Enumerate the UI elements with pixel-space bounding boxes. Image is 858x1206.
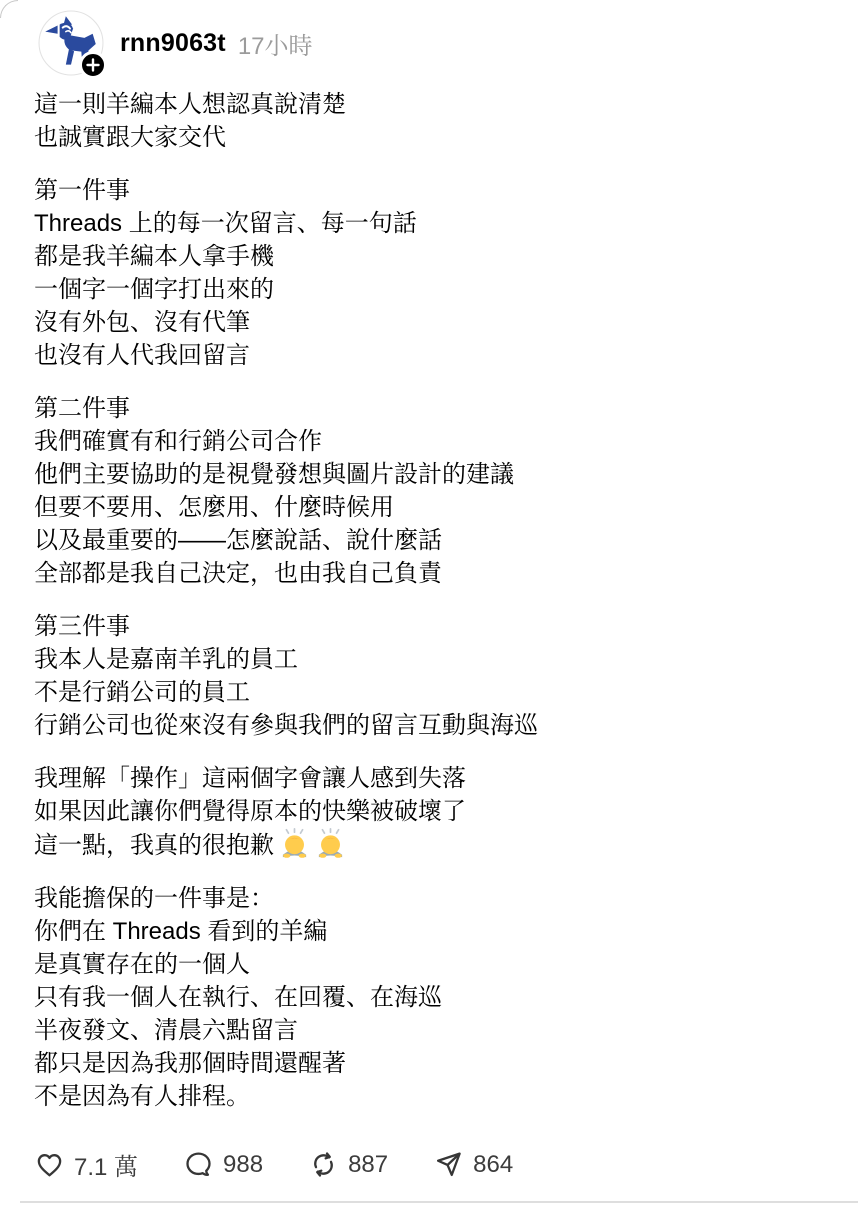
like-count: 7.1 萬 [74,1147,138,1182]
share-count: 864 [473,1151,513,1179]
paragraph-first-matter: 第一件事 Threads 上的每一次留言、每一句話 都是我羊編本人拿手機 一個字… [34,174,828,372]
comment-button[interactable]: 988 [184,1150,263,1179]
timestamp: 17小時 [238,26,313,61]
comment-icon [184,1150,213,1179]
apology-text: 我理解「操作」這兩個字會讓人感到失落 如果因此讓你們覺得原本的快樂被破壞了 這一… [34,765,466,859]
post-header: rnn9063t 17小時 [38,10,313,76]
action-bar: 7.1 萬 988 887 [35,1147,513,1182]
username[interactable]: rnn9063t [120,29,226,58]
threads-post-card: rnn9063t 17小時 這一則羊編本人想認真說清楚 也誠實跟大家交代 第一件… [0,0,858,1206]
paragraph-intro: 這一則羊編本人想認真說清楚 也誠實跟大家交代 [34,88,828,154]
person-bowing-emoji [279,828,310,859]
paragraph-apology: 我理解「操作」這兩個字會讓人感到失落 如果因此讓你們覺得原本的快樂被破壞了 這一… [34,762,828,862]
repost-icon [309,1150,338,1179]
repost-count: 887 [348,1151,388,1179]
paragraph-second-matter: 第二件事 我們確實有和行銷公司合作 他們主要協助的是視覺發想與圖片設計的建議 但… [34,392,828,590]
follow-plus-badge[interactable] [79,51,107,79]
bottom-divider [20,1201,858,1203]
plus-icon [86,58,100,72]
person-bowing-emoji [315,828,346,859]
avatar[interactable] [38,10,104,76]
post-body: 這一則羊編本人想認真說清楚 也誠實跟大家交代 第一件事 Threads 上的每一… [34,88,828,1113]
like-button[interactable]: 7.1 萬 [35,1147,138,1182]
card-rounded-corner [0,0,18,18]
comment-count: 988 [223,1151,263,1179]
repost-button[interactable]: 887 [309,1150,388,1179]
share-icon [434,1150,463,1179]
paragraph-third-matter: 第三件事 我本人是嘉南羊乳的員工 不是行銷公司的員工 行銷公司也從來沒有參與我們… [34,610,828,742]
heart-icon [35,1150,64,1179]
paragraph-guarantee: 我能擔保的一件事是： 你們在 Threads 看到的羊編 是真實存在的一個人 只… [34,882,828,1113]
share-button[interactable]: 864 [434,1150,513,1179]
